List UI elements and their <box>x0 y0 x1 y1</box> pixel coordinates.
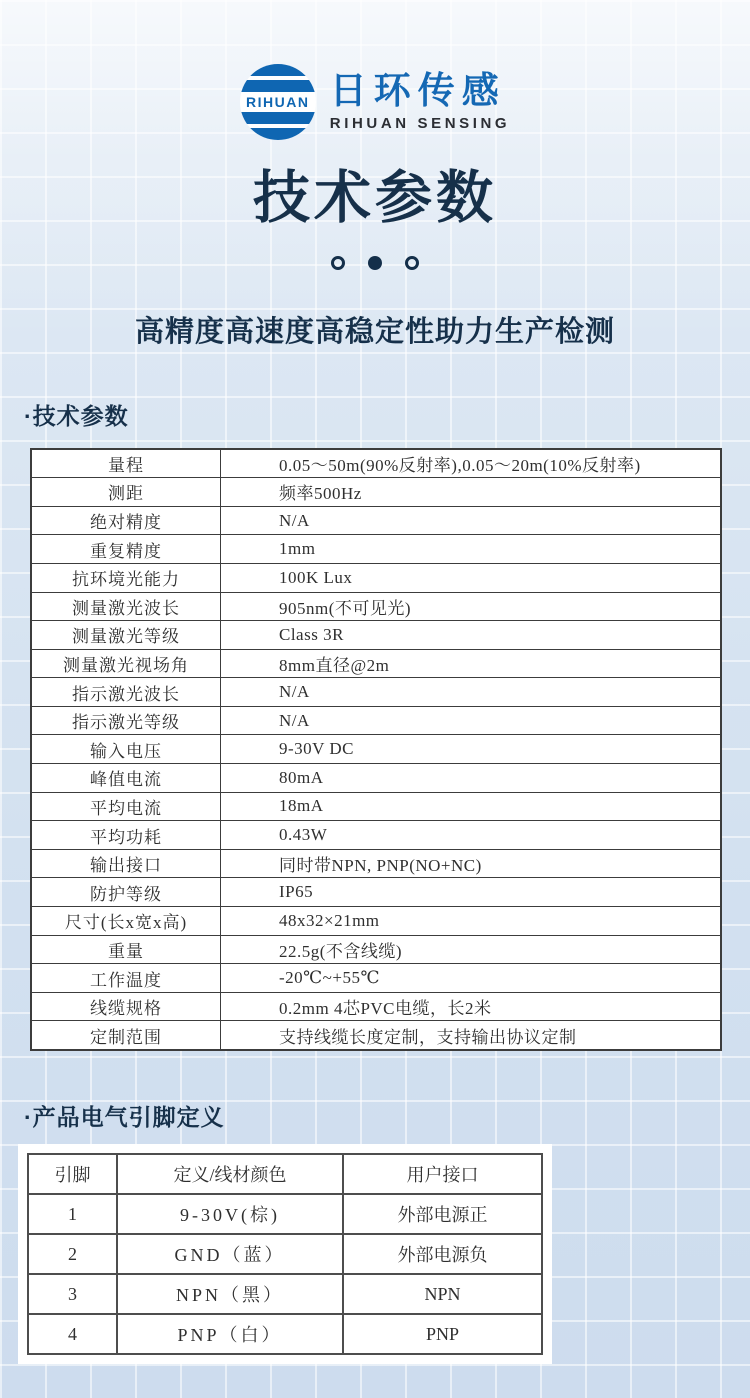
spec-label: 测量激光等级 <box>31 621 221 650</box>
spec-value: N/A <box>221 706 722 735</box>
globe-logo-icon: RIHUAN <box>240 64 316 140</box>
page-title: 技术参数 <box>0 166 750 232</box>
spec-label: 输入电压 <box>31 735 221 764</box>
pin-definition: 9-30V(棕) <box>117 1194 343 1234</box>
brand-name-en: RIHUAN SENSING <box>330 116 510 132</box>
spec-value: 0.2mm 4芯PVC电缆，长2米 <box>221 992 722 1021</box>
spec-label: 线缆规格 <box>31 992 221 1021</box>
pin-user-interface: 外部电源正 <box>343 1194 542 1234</box>
spec-value: 8mm直径@2m <box>221 649 722 678</box>
pin-number: 3 <box>28 1274 117 1314</box>
spec-value: 48x32×21mm <box>221 907 722 936</box>
spec-value: 9-30V DC <box>221 735 722 764</box>
table-row: 指示激光波长 N/A <box>31 678 721 707</box>
spec-label: 平均功耗 <box>31 821 221 850</box>
dot-outline-icon <box>331 256 345 270</box>
spec-label: 重复精度 <box>31 535 221 564</box>
pin-definition: NPN（黑） <box>117 1274 343 1314</box>
spec-value: IP65 <box>221 878 722 907</box>
pin-definition: GND（蓝） <box>117 1234 343 1274</box>
spec-value: N/A <box>221 678 722 707</box>
dot-outline-icon <box>405 256 419 270</box>
spec-label: 平均电流 <box>31 792 221 821</box>
pin-number: 2 <box>28 1234 117 1274</box>
spec-label: 指示激光等级 <box>31 706 221 735</box>
pins-table: 引脚 定义/线材颜色 用户接口 1 9-30V(棕) 外部电源正 2 GND（蓝… <box>27 1153 543 1355</box>
table-row: 测量激光等级 Class 3R <box>31 621 721 650</box>
table-row: 定制范围 支持线缆长度定制，支持输出协议定制 <box>31 1021 721 1050</box>
spec-label: 量程 <box>31 449 221 478</box>
table-row: 峰值电流 80mA <box>31 764 721 793</box>
spec-value: 同时带NPN, PNP(NO+NC) <box>221 849 722 878</box>
table-row: 3 NPN（黑） NPN <box>28 1274 542 1314</box>
table-row: 指示激光等级 N/A <box>31 706 721 735</box>
spec-value: 0.43W <box>221 821 722 850</box>
table-row: 输出接口 同时带NPN, PNP(NO+NC) <box>31 849 721 878</box>
pins-table-frame: 引脚 定义/线材颜色 用户接口 1 9-30V(棕) 外部电源正 2 GND（蓝… <box>18 1144 552 1364</box>
table-row: 输入电压 9-30V DC <box>31 735 721 764</box>
table-row: 测量激光波长 905nm(不可见光) <box>31 592 721 621</box>
dot-filled-icon <box>368 256 382 270</box>
table-row: 线缆规格 0.2mm 4芯PVC电缆，长2米 <box>31 992 721 1021</box>
table-row: 抗环境光能力 100K Lux <box>31 563 721 592</box>
spec-label: 输出接口 <box>31 849 221 878</box>
spec-value: 18mA <box>221 792 722 821</box>
pin-user-interface: NPN <box>343 1274 542 1314</box>
spec-label: 测量激光波长 <box>31 592 221 621</box>
brand-name-cn: 日环传感 <box>330 72 510 111</box>
spec-label: 绝对精度 <box>31 506 221 535</box>
table-header-row: 引脚 定义/线材颜色 用户接口 <box>28 1154 542 1194</box>
specs-table: 量程 0.05～50m(90%反射率),0.05～20m(10%反射率) 测距 … <box>30 448 722 1051</box>
table-row: 1 9-30V(棕) 外部电源正 <box>28 1194 542 1234</box>
pin-number: 4 <box>28 1314 117 1354</box>
table-row: 2 GND（蓝） 外部电源负 <box>28 1234 542 1274</box>
table-row: 重复精度 1mm <box>31 535 721 564</box>
table-row: 平均电流 18mA <box>31 792 721 821</box>
pins-section-heading: ·产品电气引脚定义 <box>24 1099 750 1132</box>
specs-section-heading: ·技术参数 <box>24 398 750 431</box>
spec-label: 峰值电流 <box>31 764 221 793</box>
table-row: 工作温度 -20℃~+55℃ <box>31 964 721 993</box>
table-row: 测量激光视场角 8mm直径@2m <box>31 649 721 678</box>
pin-definition: PNP（白） <box>117 1314 343 1354</box>
spec-value: 1mm <box>221 535 722 564</box>
spec-value: 100K Lux <box>221 563 722 592</box>
spec-label: 重量 <box>31 935 221 964</box>
spec-label: 抗环境光能力 <box>31 563 221 592</box>
spec-value: 905nm(不可见光) <box>221 592 722 621</box>
spec-value: 支持线缆长度定制，支持输出协议定制 <box>221 1021 722 1050</box>
spec-label: 工作温度 <box>31 964 221 993</box>
spec-label: 防护等级 <box>31 878 221 907</box>
product-spec-page: RIHUAN 日环传感 RIHUAN SENSING 技术参数 高精度高速度高稳… <box>0 0 750 1398</box>
spec-label: 尺寸(长x宽x高) <box>31 907 221 936</box>
spec-value: 80mA <box>221 764 722 793</box>
def-col-header: 定义/线材颜色 <box>117 1154 343 1194</box>
table-row: 4 PNP（白） PNP <box>28 1314 542 1354</box>
spec-value: Class 3R <box>221 621 722 650</box>
spec-value: N/A <box>221 506 722 535</box>
spec-value: 22.5g(不含线缆) <box>221 935 722 964</box>
spec-value: -20℃~+55℃ <box>221 964 722 993</box>
spec-value: 频率500Hz <box>221 478 722 507</box>
table-row: 量程 0.05～50m(90%反射率),0.05～20m(10%反射率) <box>31 449 721 478</box>
page-subtitle: 高精度高速度高稳定性助力生产检测 <box>0 309 750 350</box>
globe-logo-text: RIHUAN <box>240 94 316 110</box>
table-row: 平均功耗 0.43W <box>31 821 721 850</box>
spec-label: 测距 <box>31 478 221 507</box>
user-col-header: 用户接口 <box>343 1154 542 1194</box>
pin-col-header: 引脚 <box>28 1154 117 1194</box>
pin-user-interface: PNP <box>343 1314 542 1354</box>
table-row: 绝对精度 N/A <box>31 506 721 535</box>
pin-number: 1 <box>28 1194 117 1234</box>
spec-label: 指示激光波长 <box>31 678 221 707</box>
spec-label: 定制范围 <box>31 1021 221 1050</box>
spec-value: 0.05～50m(90%反射率),0.05～20m(10%反射率) <box>221 449 722 478</box>
table-row: 尺寸(长x宽x高) 48x32×21mm <box>31 907 721 936</box>
logo-names: 日环传感 RIHUAN SENSING <box>330 72 510 132</box>
spec-label: 测量激光视场角 <box>31 649 221 678</box>
table-row: 防护等级 IP65 <box>31 878 721 907</box>
table-row: 重量 22.5g(不含线缆) <box>31 935 721 964</box>
logo: RIHUAN 日环传感 RIHUAN SENSING <box>0 0 750 140</box>
table-row: 测距 频率500Hz <box>31 478 721 507</box>
pin-user-interface: 外部电源负 <box>343 1234 542 1274</box>
dots-divider <box>0 256 750 271</box>
